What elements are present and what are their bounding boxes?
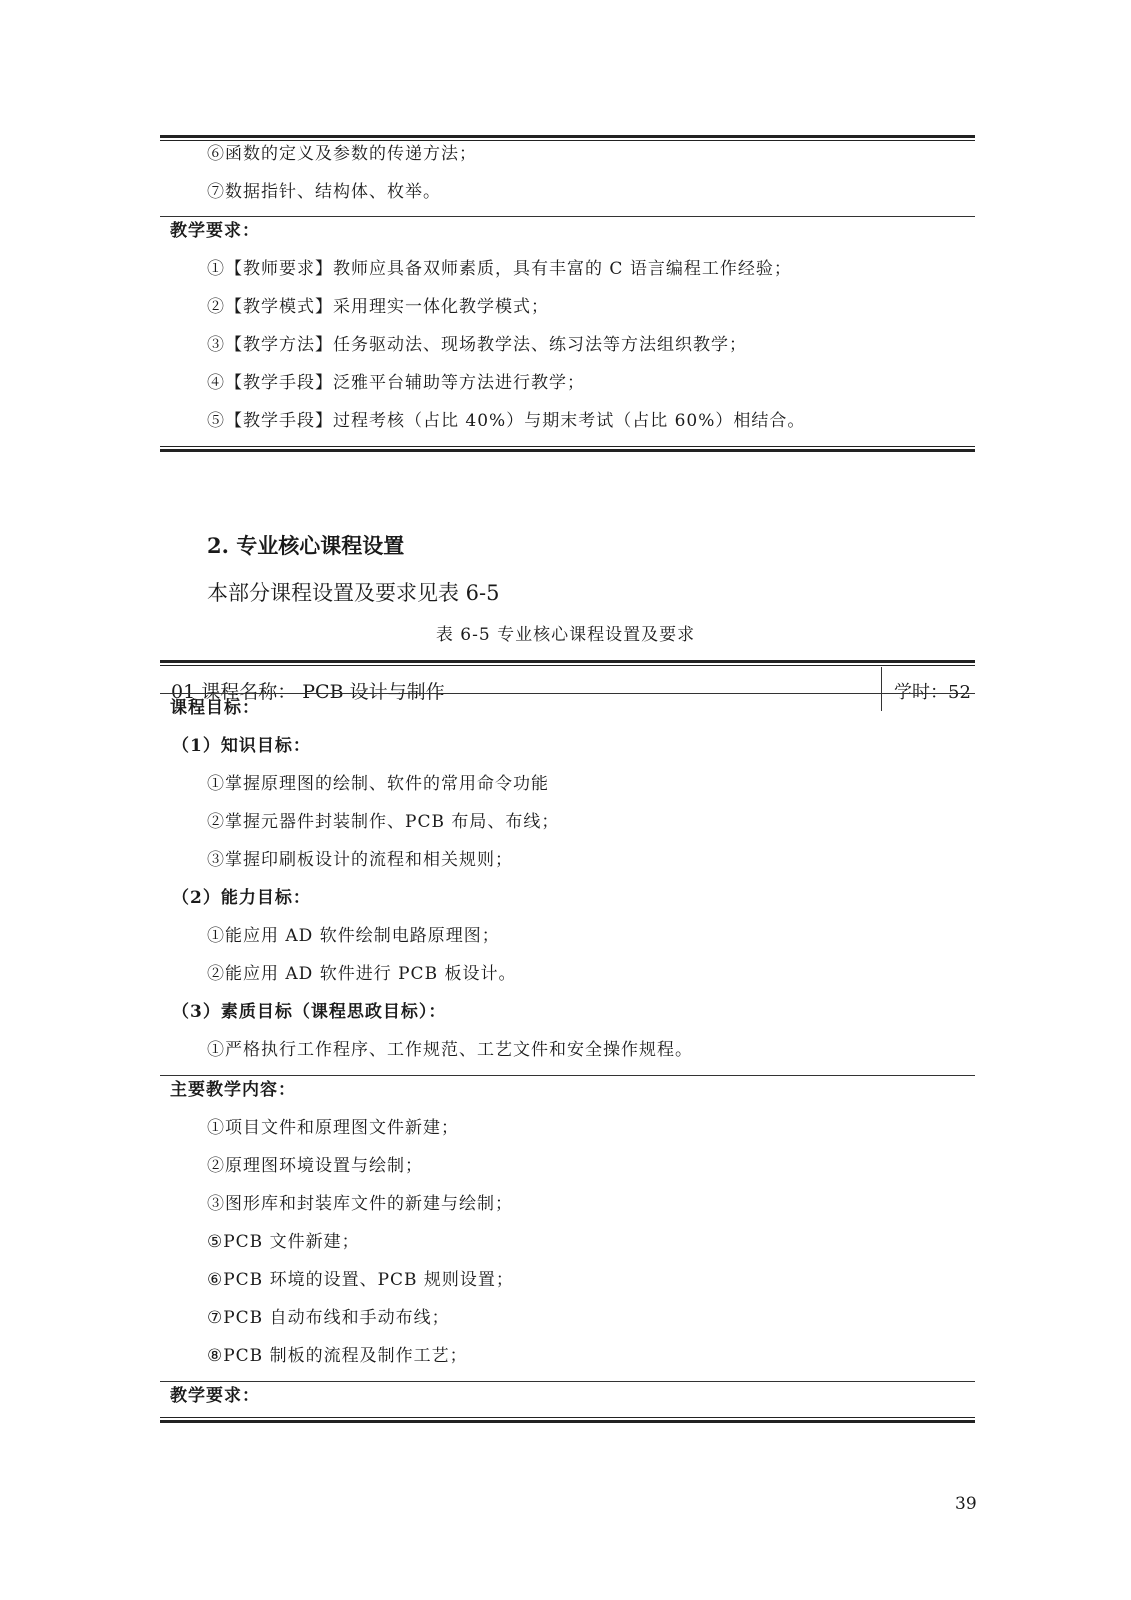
- content-item: ②原理图环境设置与绘制；: [207, 1155, 423, 1177]
- knowledge-objectives-heading: （1）知识目标：: [172, 735, 311, 757]
- course-hours-cell: 学时：52: [881, 667, 976, 711]
- document-page: ⑥函数的定义及参数的传递方法； ⑦数据指针、结构体、枚举。 教学要求： ①【教师…: [0, 0, 1131, 1600]
- ability-objectives-heading: （2）能力目标：: [172, 887, 311, 909]
- content-item: ③图形库和封装库文件的新建与绘制；: [207, 1193, 513, 1215]
- table-bottom-border: [160, 446, 975, 452]
- content-item: ⑥PCB 环境的设置、PCB 规则设置；: [207, 1269, 514, 1291]
- knowledge-item: ①掌握原理图的绘制、软件的常用命令功能: [207, 773, 549, 795]
- content-item: ⑦数据指针、结构体、枚举。: [207, 181, 441, 203]
- content-item: ⑦PCB 自动布线和手动布线；: [207, 1307, 450, 1329]
- table-row-divider: [160, 216, 975, 217]
- objectives-heading: 课程目标：: [170, 697, 260, 719]
- requirements-heading: 教学要求：: [170, 1385, 260, 1407]
- requirement-item: ⑤【教学手段】过程考核（占比 40%）与期末考试（占比 60%）相结合。: [207, 410, 805, 432]
- quality-objectives-heading: （3）素质目标（课程思政目标）：: [172, 1001, 446, 1023]
- page-number: 39: [955, 1494, 977, 1514]
- knowledge-item: ②掌握元器件封装制作、PCB 布局、布线；: [207, 811, 559, 833]
- table-top-border: [160, 135, 975, 141]
- content-heading: 主要教学内容：: [170, 1079, 296, 1101]
- course-hours: 学时：52: [894, 678, 971, 704]
- content-item: ⑧PCB 制板的流程及制作工艺；: [207, 1345, 468, 1367]
- table-row-divider: [160, 693, 975, 694]
- table-caption: 表 6-5 专业核心课程设置及要求: [0, 620, 1131, 645]
- content-item: ⑤PCB 文件新建；: [207, 1231, 360, 1253]
- requirement-item: ④【教学手段】泛雅平台辅助等方法进行教学；: [207, 372, 585, 394]
- ability-item: ①能应用 AD 软件绘制电路原理图；: [207, 925, 500, 947]
- quality-item: ①严格执行工作程序、工作规范、工艺文件和安全操作规程。: [207, 1039, 693, 1061]
- requirement-item: ③【教学方法】任务驱动法、现场教学法、练习法等方法组织教学；: [207, 334, 747, 356]
- content-item: ⑥函数的定义及参数的传递方法；: [207, 143, 477, 165]
- table-row-divider: [160, 1381, 975, 1382]
- section-title: 2. 专业核心课程设置: [207, 530, 404, 560]
- table-row-divider: [160, 1075, 975, 1076]
- section-intro: 本部分课程设置及要求见表 6-5: [207, 577, 500, 607]
- requirements-heading: 教学要求：: [170, 220, 260, 242]
- requirement-item: ①【教师要求】教师应具备双师素质，具有丰富的 C 语言编程工作经验；: [207, 258, 792, 280]
- requirement-item: ②【教学模式】采用理实一体化教学模式；: [207, 296, 549, 318]
- table-bottom-border: [160, 1417, 975, 1423]
- ability-item: ②能应用 AD 软件进行 PCB 板设计。: [207, 963, 516, 985]
- knowledge-item: ③掌握印刷板设计的流程和相关规则；: [207, 849, 513, 871]
- course-header-row: 01 课程名称： PCB 设计与制作 学时：52: [160, 667, 975, 711]
- content-item: ①项目文件和原理图文件新建；: [207, 1117, 459, 1139]
- table-top-border: [160, 660, 975, 666]
